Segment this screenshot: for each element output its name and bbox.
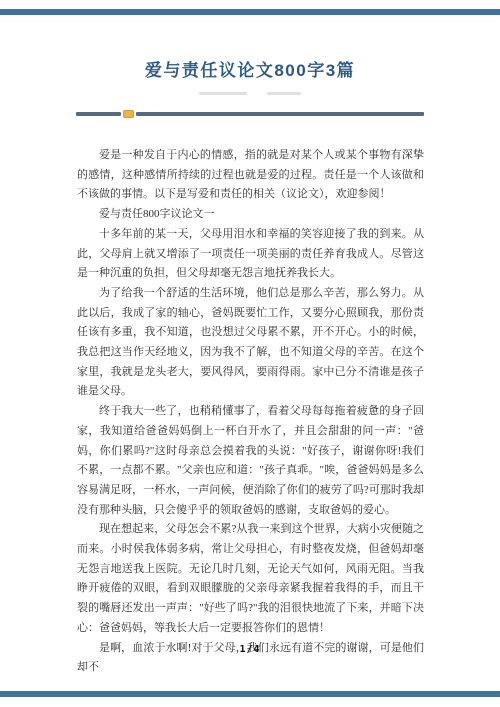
divider-left-segment	[76, 112, 121, 116]
essay-paragraph: 终于我大一些了，也稍稍懂事了，看着父母每每拖着疲惫的身子回家，我知道给爸爸妈妈倒…	[77, 402, 424, 520]
divider-accent-square-icon	[123, 110, 134, 118]
page-number: 1/4	[0, 644, 500, 655]
essay-body: 爱是一种发自于内心的情感，指的就是对某个人或某个事物有深挚的感情，这种感情所持续…	[77, 146, 424, 678]
title-divider	[76, 110, 424, 118]
essay-paragraph: 爱与责任800字议论文一	[77, 205, 424, 225]
bottom-border-bar	[0, 691, 500, 697]
essay-paragraph: 现在想起来，父母怎会不累?从我一来到这个世界，大病小灾便随之而来。小时侯我体弱多…	[77, 520, 424, 638]
ghost-mark	[199, 92, 247, 95]
essay-paragraph: 为了给我一个舒适的生活环境，他们总是那么辛苦，那么努力。从此以后，我成了家的轴心…	[77, 284, 424, 402]
ghost-mark	[267, 92, 301, 95]
divider-right-segment	[136, 112, 424, 116]
essay-paragraph: 十多年前的某一天，父母用泪水和幸福的笑容迎接了我的到来。从此，父母肩上就又增添了…	[77, 225, 424, 284]
page-title: 爱与责任议论文800字3篇	[0, 56, 500, 81]
title-subtext-marks	[0, 92, 500, 95]
top-border-bar	[0, 9, 500, 15]
essay-paragraph: 爱是一种发自于内心的情感，指的就是对某个人或某个事物有深挚的感情，这种感情所持续…	[77, 146, 424, 205]
document-page: 爱与责任议论文800字3篇 爱是一种发自于内心的情感，指的就是对某个人或某个事物…	[0, 0, 500, 707]
